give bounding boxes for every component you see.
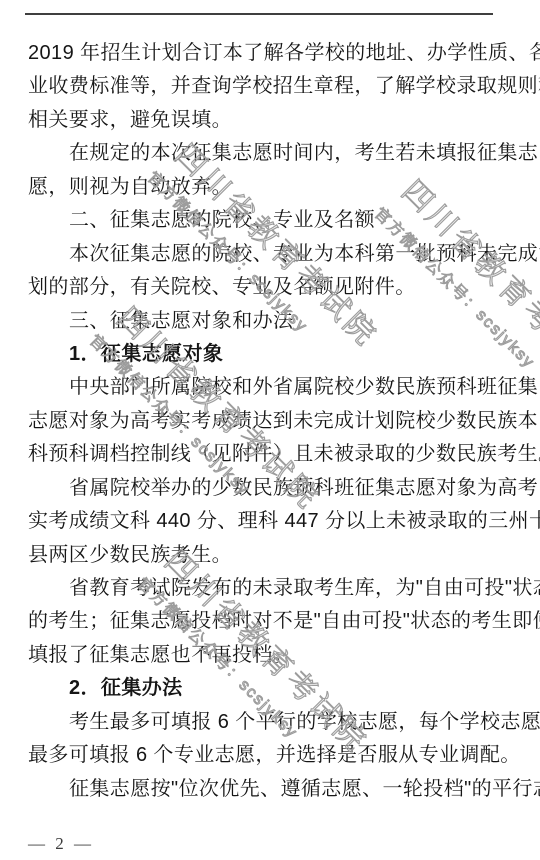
- top-rule-divider: [25, 13, 493, 15]
- page-number: — 2 —: [28, 834, 94, 854]
- text-line: 县两区少数民族考生。: [28, 539, 514, 572]
- text-line: 2019 年招生计划合订本了解各学校的地址、办学性质、各专: [28, 37, 514, 70]
- text-line: 志愿对象为高考实考成绩达到未完成计划院校少数民族本: [28, 405, 514, 438]
- text-line: 相关要求，避免误填。: [28, 104, 514, 137]
- text-line: 愿，则视为自动放弃。: [28, 171, 514, 204]
- text-line: 划的部分，有关院校、专业及名额见附件。: [28, 271, 514, 304]
- document-body: 2019 年招生计划合订本了解各学校的地址、办学性质、各专 业收费标准等，并查询…: [28, 37, 514, 806]
- text-line: 征集志愿按"位次优先、遵循志愿、一轮投档"的平行志: [28, 773, 514, 806]
- document-page: { "page": { "number": "— 2 —" }, "waterm…: [0, 0, 540, 860]
- text-line: 的考生；征集志愿投档时对不是"自由可投"状态的考生即使: [28, 605, 514, 638]
- text-line: 实考成绩文科 440 分、理科 447 分以上未被录取的三州十七: [28, 505, 514, 538]
- text-line: 省属院校举办的少数民族预科班征集志愿对象为高考: [28, 472, 514, 505]
- text-line: 最多可填报 6 个专业志愿，并选择是否服从专业调配。: [28, 739, 514, 772]
- subheading-1: 1．征集志愿对象: [28, 338, 514, 371]
- text-line: 本次征集志愿的院校、专业为本科第一批预科未完成计: [28, 238, 514, 271]
- section-heading-3: 三、征集志愿对象和办法: [28, 305, 514, 338]
- text-line: 省教育考试院发布的未录取考生库，为"自由可投"状态: [28, 572, 514, 605]
- text-line: 在规定的本次征集志愿时间内，考生若未填报征集志: [28, 137, 514, 170]
- subheading-2: 2．征集办法: [28, 672, 514, 705]
- text-line: 科预科调档控制线（见附件）且未被录取的少数民族考生。: [28, 438, 514, 471]
- text-line: 填报了征集志愿也不再投档。: [28, 639, 514, 672]
- text-line: 业收费标准等，并查询学校招生章程，了解学校录取规则和: [28, 70, 514, 103]
- text-line: 考生最多可填报 6 个平行的学校志愿，每个学校志愿内: [28, 706, 514, 739]
- text-line: 中央部门所属院校和外省属院校少数民族预科班征集: [28, 371, 514, 404]
- section-heading-2: 二、征集志愿的院校、专业及名额: [28, 204, 514, 237]
